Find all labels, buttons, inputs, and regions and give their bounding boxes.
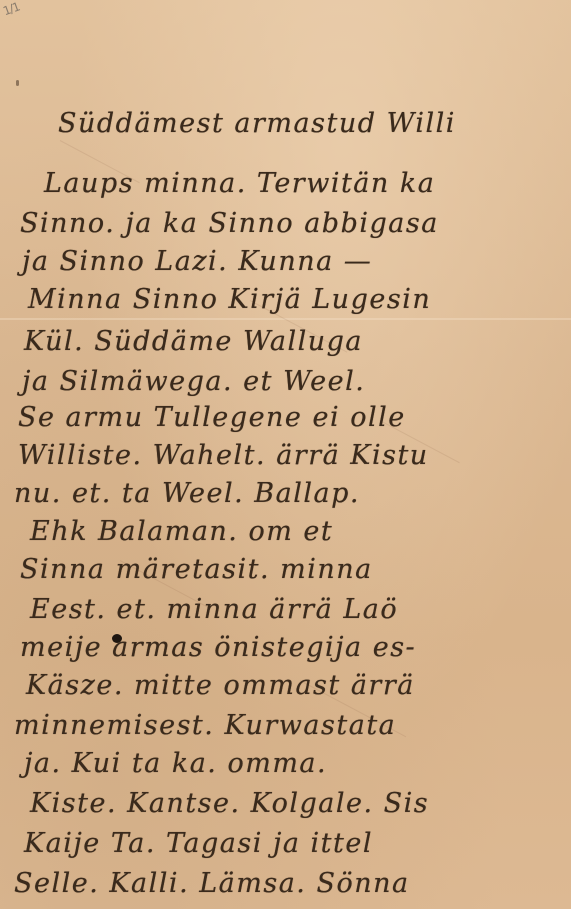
handwritten-line: Kiste. Kantse. Kolgale. Sis — [30, 788, 571, 819]
handwritten-line: Süddämest armastud Willi — [58, 108, 571, 139]
handwritten-line: Ehk Balaman. om et — [30, 516, 571, 547]
letter-body: Süddämest armastud Willi Laups minna. Te… — [0, 0, 571, 909]
handwritten-line: Minna Sinno Kirjä Lugesin — [28, 284, 571, 315]
handwritten-line: Selle. Kalli. Lämsa. Sönna — [14, 868, 571, 899]
handwritten-line: meije armas önistegija es- — [20, 632, 571, 663]
handwritten-line: Kaije Ta. Tagasi ja ittel — [24, 828, 571, 859]
handwritten-line: Williste. Wahelt. ärrä Kistu — [18, 440, 571, 471]
handwritten-line: minnemisest. Kurwastata — [14, 710, 571, 741]
handwritten-line: Laups minna. Terwitän ka — [44, 168, 571, 199]
handwritten-line: Kül. Süddäme Walluga — [24, 326, 571, 357]
handwritten-line: Sinna märetasit. minna — [20, 554, 571, 585]
handwritten-line: Käsze. mitte ommast ärrä — [26, 670, 571, 701]
handwritten-line: ja Sinno Lazi. Kunna — — [22, 246, 571, 277]
manuscript-page: 1/1 Süddämest armastud Willi Laups minna… — [0, 0, 571, 909]
handwritten-line: ja. Kui ta ka. omma. — [24, 748, 571, 779]
handwritten-line: nu. et. ta Weel. Ballap. — [14, 478, 571, 509]
handwritten-line: Se armu Tullegene ei olle — [18, 402, 571, 433]
handwritten-line: Sinno. ja ka Sinno abbigasa — [20, 208, 571, 239]
handwritten-line: Eest. et. minna ärrä Laö — [30, 594, 571, 625]
handwritten-line: ja Silmäwega. et Weel. — [22, 366, 571, 397]
